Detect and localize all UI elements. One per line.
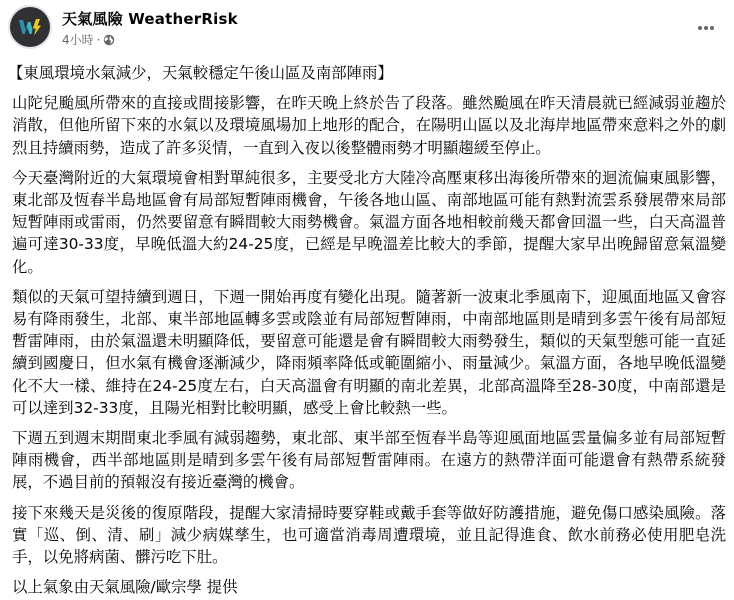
more-horizontal-icon-dot	[710, 26, 714, 30]
post-timestamp[interactable]: 4小時	[62, 31, 94, 48]
avatar[interactable]	[10, 7, 50, 47]
post-header: 天氣風險 WeatherRisk 4小時 ·	[0, 0, 734, 52]
more-options-button[interactable]	[692, 18, 720, 38]
post-body: 【東風環境水氣減少，天氣較穩定午後山區及南部陣雨】 山陀兒颱風所帶來的直接或間接…	[12, 62, 726, 600]
post-paragraph: 今天臺灣附近的大氣環境會相對單純很多，主要受北方大陸冷高壓東移出海後所帶來的迴流…	[12, 167, 726, 278]
more-horizontal-icon	[698, 26, 702, 30]
post-paragraph: 下週五到週末期間東北季風有減弱趨勢，東北部、東半部至恆春半島等迎風面地區雲量偏多…	[12, 427, 726, 494]
post-meta: 4小時 ·	[62, 31, 115, 48]
post-paragraph: 接下來幾天是災後的復原階段，提醒大家清掃時要穿鞋或戴手套等做好防護措施，避免傷口…	[12, 502, 726, 569]
more-horizontal-icon-dot	[704, 26, 708, 30]
post-paragraph: 類似的天氣可望持續到週日，下週一開始再度有變化出現。隨著新一波東北季風南下，迎風…	[12, 286, 726, 419]
post-credit: 以上氣象由天氣風險/歐宗學 提供	[12, 576, 726, 598]
post-headline: 【東風環境水氣減少，天氣較穩定午後山區及南部陣雨】	[8, 62, 726, 84]
weatherrisk-logo-icon	[10, 7, 50, 47]
meta-separator: ·	[97, 33, 101, 47]
page-name[interactable]: 天氣風險 WeatherRisk	[62, 8, 238, 29]
globe-icon	[103, 34, 115, 46]
post-paragraph: 山陀兒颱風所帶來的直接或間接影響，在昨天晚上終於告了段落。雖然颱風在昨天清晨就已…	[12, 92, 726, 159]
